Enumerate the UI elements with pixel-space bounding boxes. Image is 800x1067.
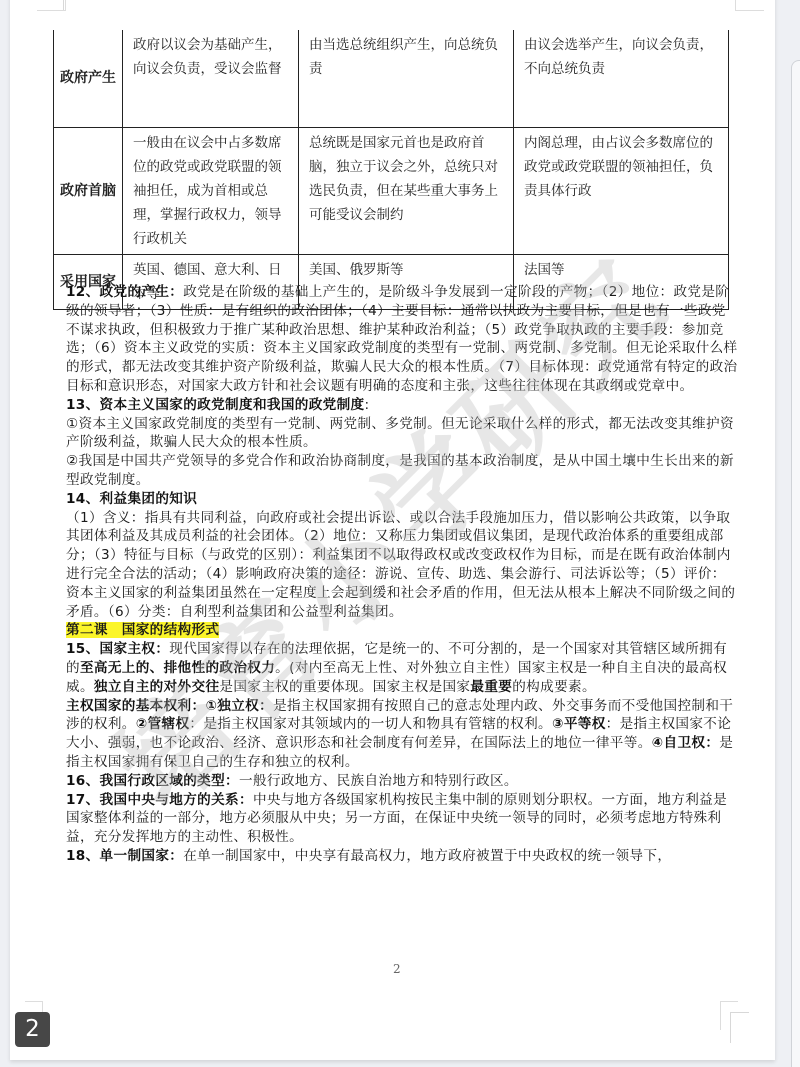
row-header: 政府产生 (54, 30, 123, 127)
section-14-text: （1）含义：指具有共同利益，向政府或社会提出诉讼、或以合法手段施加压力，借以影响… (66, 509, 738, 622)
section-title: 14、利益集团的知识 (66, 491, 197, 507)
sovereign-rights: 主权国家的基本权利：①独立权：是指主权国家拥有按照自己的意志处理内政、外交事务而… (66, 697, 738, 772)
scrollbar[interactable] (791, 60, 800, 1067)
section-18: 18、单一制国家：在单一制国家中，中央享有最高权力，地方政府被置于中央政权的统一… (66, 847, 738, 866)
right-title: ①独立权： (205, 698, 273, 714)
section-title: 15、国家主权： (66, 641, 169, 657)
section-text: 在单一制国家中，中央享有最高权力，地方政府被置于中央政权的统一领导下， (183, 848, 671, 864)
emphasis-text: 最重要 (470, 679, 512, 695)
section-title: 18、单一制国家： (66, 848, 183, 864)
section-17: 17、我国中央与地方的关系：中央与地方各级国家机构按民主集中制的原则划分职权。一… (66, 791, 738, 847)
section-title: 12、政党的产生： (66, 284, 183, 300)
section-text: 政党是在阶级的基础上产生的，是阶级斗争发展到一定阶段的产物；（2）地位：政党是阶… (66, 284, 738, 394)
right-title: ④自卫权： (652, 735, 720, 751)
section-title: 主权国家的基本权利： (66, 698, 205, 714)
emphasis-text: 独立自主的对外交往 (94, 679, 220, 695)
section-title: 16、我国行政区域的类型： (66, 773, 239, 789)
section-13-heading: 13、资本主义国家的政党制度和我国的政党制度: (66, 396, 738, 415)
crop-mark-top-right (735, 0, 764, 11)
section-14-heading: 14、利益集团的知识 (66, 490, 738, 509)
table-cell: 一般由在议会中占多数席位的政党或政党联盟的领袖担任，成为首相或总理，掌握行政权力… (123, 127, 299, 254)
section-text: 一般行政地方、民族自治地方和特别行政区。 (239, 773, 518, 789)
lesson-heading: 第二课 国家的结构形式 (66, 621, 738, 640)
section-16: 16、我国行政区域的类型：一般行政地方、民族自治地方和特别行政区。 (66, 772, 738, 791)
table-cell: 由议会选举产生，向议会负责，不向总统负责 (514, 30, 729, 127)
crop-mark-top-left (37, 0, 66, 11)
table-cell: 政府以议会为基础产生，向议会负责，受议会监督 (123, 30, 299, 127)
document-viewer[interactable]: 政府产生 政府以议会为基础产生，向议会负责，受议会监督 由当选总统组织产生，向总… (0, 0, 800, 1067)
right-text: ：是指主权国家对其领域内的一切人和物具有管辖的权利。 (189, 716, 552, 732)
section-text: 的构成要素。 (512, 679, 596, 695)
section-15: 15、国家主权：现代国家得以存在的法理依据，它是统一的、不可分割的，是一个国家对… (66, 640, 738, 696)
emphasis-text: 至高无上的、排他性的政治权力 (80, 660, 275, 676)
page-number-footer: 2 (393, 962, 401, 976)
row-header: 政府首脑 (54, 127, 123, 254)
right-title: ②管辖权 (136, 716, 190, 732)
document-body: 12、政党的产生：政党是在阶级的基础上产生的，是阶级斗争发展到一定阶段的产物；（… (66, 283, 738, 866)
government-comparison-table: 政府产生 政府以议会为基础产生，向议会负责，受议会监督 由当选总统组织产生，向总… (53, 30, 729, 310)
section-title: 13、资本主义国家的政党制度和我国的政党制度 (66, 397, 365, 413)
page-indicator-badge[interactable]: 2 (15, 1012, 50, 1047)
table-cell: 总统既是国家元首也是政府首脑，独立于议会之外，总统只对选民负责，但在某些重大事务… (299, 127, 514, 254)
table-cell: 内阁总理，由占议会多数席位的政党或政党联盟的领袖担任，负责具体行政 (514, 127, 729, 254)
lesson-title-highlight: 第二课 国家的结构形式 (66, 622, 219, 638)
table-row: 政府产生 政府以议会为基础产生，向议会负责，受议会监督 由当选总统组织产生，向总… (54, 30, 729, 127)
section-title: 17、我国中央与地方的关系： (66, 792, 253, 808)
section-13-point-2: ②我国是中国共产党领导的多党合作和政治协商制度，是我国的基本政治制度，是从中国土… (66, 452, 738, 490)
table-cell: 由当选总统组织产生，向总统负责 (299, 30, 514, 127)
section-12: 12、政党的产生：政党是在阶级的基础上产生的，是阶级斗争发展到一定阶段的产物；（… (66, 283, 738, 396)
right-title: ③平等权 (552, 716, 606, 732)
section-text: 是国家主权的重要体现。国家主权是国家 (219, 679, 470, 695)
table-row: 政府首脑 一般由在议会中占多数席位的政党或政党联盟的领袖担任，成为首相或总理，掌… (54, 127, 729, 254)
colon: : (365, 397, 370, 413)
section-13-point-1: ①资本主义国家政党制度的类型有一党制、两党制、多党制。但无论采取什么样的形式，都… (66, 415, 738, 453)
crop-mark-bottom-right (720, 1001, 738, 1030)
